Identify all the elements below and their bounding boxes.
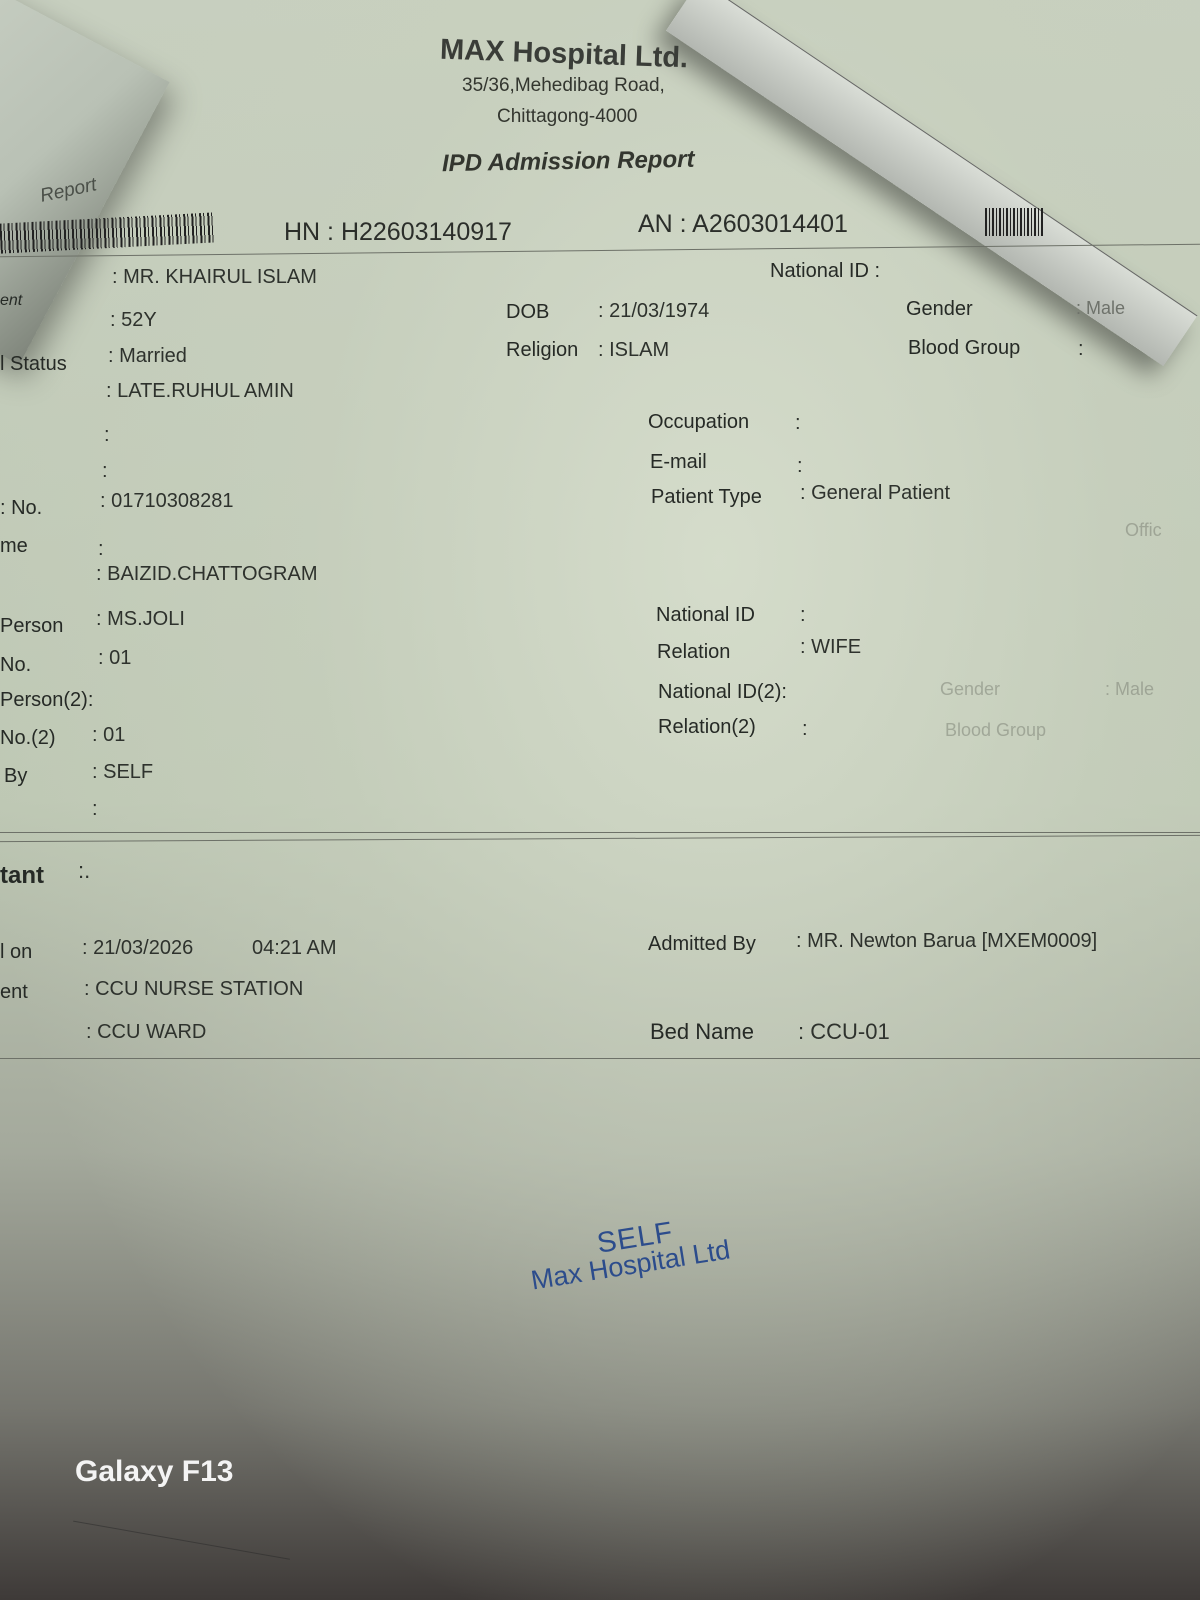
- patient-type-value: : General Patient: [800, 482, 950, 505]
- name2-value: :: [98, 538, 104, 561]
- patient-age: : 52Y: [110, 309, 157, 332]
- contact-person-label: Person: [0, 615, 63, 638]
- marital-status: : Married: [108, 345, 187, 368]
- occupation-value: :: [795, 412, 801, 435]
- hospital-number: HN : H22603140917: [284, 218, 512, 247]
- blank-field-2: :: [102, 460, 108, 483]
- admitted-on-date: : 21/03/2026: [82, 937, 193, 960]
- relation-label: Relation: [657, 641, 730, 664]
- consultant-value: :.: [78, 858, 90, 884]
- contact-national-id-label: National ID: [656, 604, 755, 627]
- hospital-address-line2: Chittagong-4000: [497, 106, 638, 128]
- blank-field-1: :: [104, 424, 110, 447]
- patient-address: : BAIZID.CHATTOGRAM: [96, 563, 318, 586]
- contact-number: : 01710308281: [100, 490, 233, 513]
- camera-watermark: Galaxy F13: [75, 1455, 233, 1489]
- department-label: ent: [0, 981, 28, 1004]
- religion-value: : ISLAM: [598, 339, 669, 362]
- email-label: E-mail: [650, 451, 707, 474]
- dob-value: : 21/03/1974: [598, 300, 709, 323]
- contact-no-label: : No.: [0, 497, 42, 520]
- father-name: : LATE.RUHUL AMIN: [106, 380, 294, 403]
- national-id2-label: National ID(2):: [658, 681, 787, 704]
- email-value: :: [797, 455, 803, 478]
- national-id-label: National ID :: [770, 260, 880, 283]
- admitted-on-time: 04:21 AM: [252, 937, 337, 960]
- patient-type-label: Patient Type: [651, 486, 762, 509]
- admitted-by-value: : MR. Newton Barua [MXEM0009]: [796, 930, 1097, 953]
- bed-name-label: Bed Name: [650, 1019, 754, 1045]
- contact-person-no2-label: No.(2): [0, 727, 56, 750]
- bleed-blood-group: Blood Group: [945, 720, 1046, 741]
- barcode-icon-secondary: [985, 208, 1045, 236]
- ward-value: : CCU WARD: [86, 1021, 206, 1044]
- dob-label: DOB: [506, 301, 549, 324]
- patient-name: : MR. KHAIRUL ISLAM: [112, 266, 317, 289]
- blood-group-label: Blood Group: [908, 337, 1020, 360]
- blood-group-value: :: [1078, 338, 1084, 361]
- religion-label: Religion: [506, 339, 578, 362]
- hospital-address-line1: 35/36,Mehedibag Road,: [462, 75, 665, 97]
- name2-label: me: [0, 535, 28, 558]
- relation2-label: Relation(2): [658, 716, 756, 739]
- consultant-label: tant: [0, 862, 44, 890]
- patient-name-label: ent: [0, 292, 22, 310]
- report-title: IPD Admission Report: [442, 146, 695, 178]
- gender-value: : Male: [1076, 298, 1125, 319]
- contact-person-no-label: No.: [0, 654, 31, 677]
- marital-status-label: l Status: [0, 353, 67, 376]
- admitted-by-label: Admitted By: [648, 933, 756, 956]
- admitted-on-label: l on: [0, 941, 32, 964]
- relation2-value: :: [802, 718, 808, 741]
- contact-person2-label: Person(2):: [0, 689, 93, 712]
- section-divider: [0, 832, 1200, 833]
- admission-number: AN : A2603014401: [638, 210, 848, 239]
- occupation-label: Occupation: [648, 411, 749, 434]
- contact-person-no: : 01: [98, 647, 131, 670]
- bed-name-value: : CCU-01: [798, 1019, 890, 1045]
- department-value: : CCU NURSE STATION: [84, 978, 303, 1001]
- referred-by-label: By: [4, 765, 27, 788]
- gender-label: Gender: [906, 298, 973, 321]
- contact-person-no2: : 01: [92, 724, 125, 747]
- extra-field: :: [92, 798, 98, 821]
- bleed-male: : Male: [1105, 679, 1154, 700]
- bleed-gender: Gender: [940, 679, 1000, 700]
- contact-person-name: : MS.JOLI: [96, 608, 185, 631]
- relation-value: : WIFE: [800, 636, 861, 659]
- contact-national-id-value: :: [800, 604, 806, 627]
- bottom-divider: [0, 1058, 1200, 1059]
- referred-by-value: : SELF: [92, 761, 153, 784]
- bleed-office: Offic: [1125, 520, 1162, 541]
